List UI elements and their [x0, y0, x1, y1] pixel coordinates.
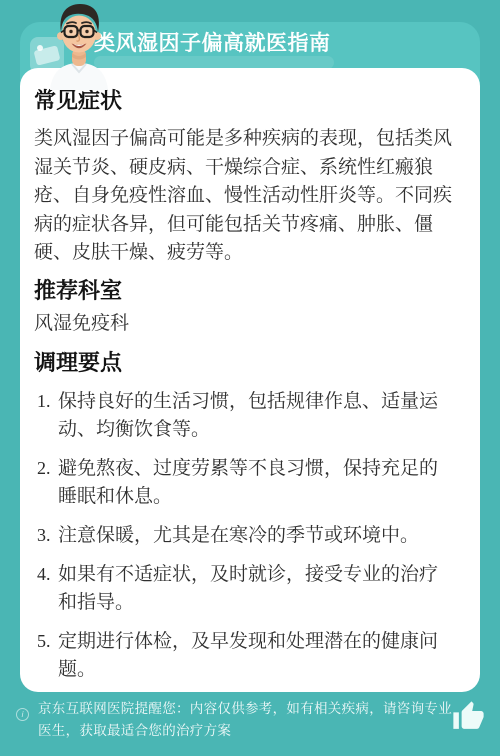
care-list-item: 定期进行体检，及早发现和处理潜在的健康问题。 — [55, 627, 456, 684]
disclaimer-text: 京东互联网医院提醒您：内容仅供参考，如有相关疾病，请咨询专业医生，获取最适合您的… — [38, 698, 452, 742]
section-heading-department: 推荐科室 — [34, 276, 456, 306]
footer: i 京东互联网医院提醒您：内容仅供参考，如有相关疾病，请咨询专业医生，获取最适合… — [0, 692, 500, 756]
thumbs-up-icon[interactable] — [452, 700, 485, 733]
info-circle-icon: i — [16, 708, 29, 721]
care-list-item: 避免熬夜、过度劳累等不良习惯，保持充足的睡眠和休息。 — [55, 454, 456, 511]
care-list-item: 保持良好的生活习惯，包括规律作息、适量运动、均衡饮食等。 — [55, 387, 456, 444]
section-heading-care: 调理要点 — [34, 348, 456, 378]
doctor-avatar-icon — [42, 2, 116, 90]
screen: 类风湿因子偏高就医指南 常见症状 类风湿因子 — [0, 0, 500, 756]
care-list-item: 注意保暖，尤其是在寒冷的季节或环境中。 — [55, 521, 456, 550]
content-card: 常见症状 类风湿因子偏高可能是多种疾病的表现，包括类风湿关节炎、硬皮病、干燥综合… — [20, 68, 480, 692]
care-list: 保持良好的生活习惯，包括规律作息、适量运动、均衡饮食等。避免熬夜、过度劳累等不良… — [34, 387, 456, 684]
page-title: 类风湿因子偏高就医指南 — [94, 30, 331, 57]
care-list-item: 如果有不适症状，及时就诊，接受专业的治疗和指导。 — [55, 560, 456, 617]
department-text: 风湿免疫科 — [34, 310, 456, 339]
symptoms-text: 类风湿因子偏高可能是多种疾病的表现，包括类风湿关节炎、硬皮病、干燥综合症、系统性… — [34, 125, 456, 268]
section-heading-symptoms: 常见症状 — [34, 86, 456, 116]
